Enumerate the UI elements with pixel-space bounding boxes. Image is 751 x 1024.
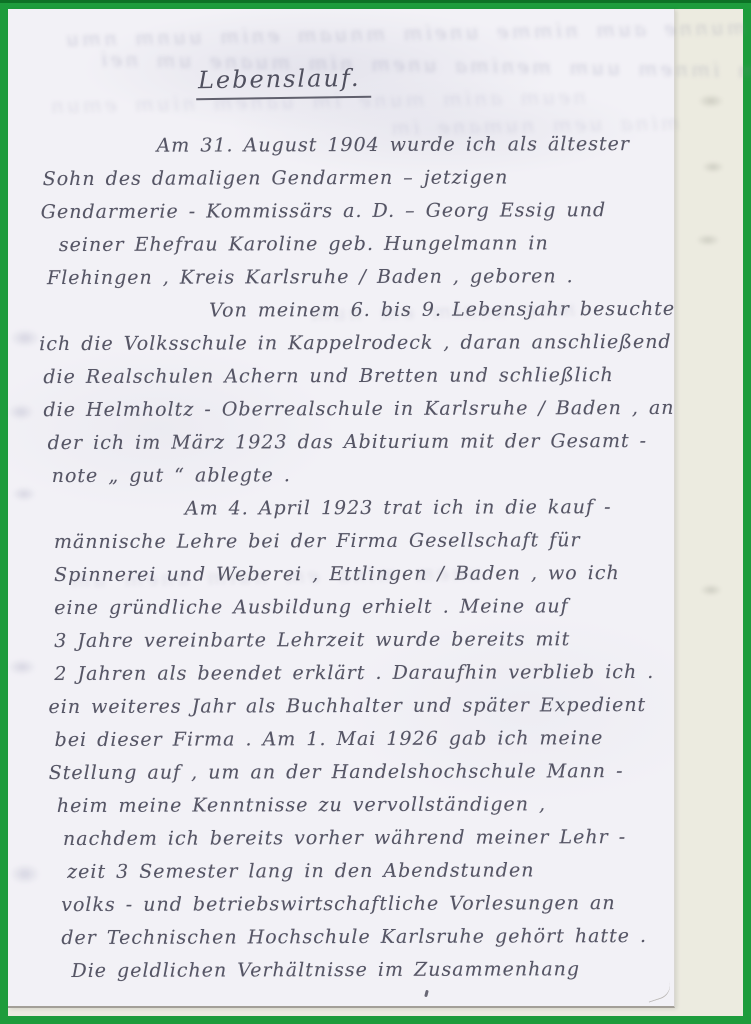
manuscript-line: Von meinem 6. bis 9. Lebensjahr besuchte [39, 293, 664, 328]
manuscript-line: 3 Jahre vereinbarte Lehrzeit wurde berei… [40, 623, 665, 658]
scanner-backing: munne aum nimme uneim mnuam enim uunm nm… [8, 9, 743, 1016]
ink-bleed-smudge [12, 487, 36, 501]
manuscript-line: Stellung auf , um an der Handelshochschu… [41, 755, 666, 790]
backing-smudge [702, 161, 724, 173]
ink-bleed-smudge [8, 404, 34, 420]
manuscript-line: die Realschulen Achern und Bretten und s… [39, 359, 664, 394]
ink-bleed-smudge [8, 659, 36, 675]
manuscript-line: nachdem ich bereits vorher während meine… [41, 821, 666, 856]
manuscript-page: munne aum nimme uneim mnuam enim uunm nm… [8, 9, 675, 1008]
manuscript-line: Sohn des damaligen Gendarmen – jetzigen [39, 161, 664, 196]
ink-bleed-smudge [10, 329, 40, 347]
manuscript-body: Am 31. August 1904 wurde ich als älteste… [39, 128, 667, 988]
manuscript-line: eine gründliche Ausbildung erhielt . Mei… [40, 590, 665, 625]
backing-smudge [700, 584, 722, 596]
manuscript-line: männische Lehre bei der Firma Gesellscha… [40, 524, 665, 559]
ink-bleed-artifact: munne aum nimme uneim mnuam enim uunm nm… [63, 15, 746, 51]
manuscript-line: Flehingen , Kreis Karlsruhe / Baden , ge… [39, 260, 664, 295]
manuscript-line: der Technischen Hochschule Karlsruhe geh… [41, 920, 666, 955]
manuscript-line: bei dieser Firma . Am 1. Mai 1926 gab ic… [41, 722, 666, 757]
document-title: Lebenslauf. [196, 64, 371, 100]
scanned-document-screenshot: { "document": { "title": "Lebenslauf.", … [0, 0, 751, 1024]
backing-smudge [698, 94, 724, 108]
manuscript-line: heim meine Kenntnisse zu vervollständige… [41, 788, 666, 823]
manuscript-line: Am 4. April 1923 trat ich in die kauf - [40, 491, 665, 526]
frame-border-edge [0, 0, 751, 3]
manuscript-line: Die geldlichen Verhältnisse im Zusammenh… [41, 953, 666, 988]
manuscript-line: ich die Volksschule in Kappelrodeck , da… [39, 326, 664, 361]
manuscript-line: seiner Ehefrau Karoline geb. Hungelmann … [39, 227, 664, 262]
manuscript-line: note „ gut “ ablegte . [40, 458, 665, 493]
manuscript-line: die Helmholtz - Oberrealschule in Karlsr… [39, 392, 664, 427]
manuscript-line: Gendarmerie - Kommissärs a. D. – Georg E… [39, 194, 664, 229]
manuscript-line: 2 Jahren als beendet erklärt . Daraufhin… [40, 656, 665, 691]
backing-smudge [696, 234, 720, 246]
manuscript-line: Am 31. August 1904 wurde ich als älteste… [39, 128, 664, 163]
manuscript-line: Spinnerei und Weberei , Ettlingen / Bade… [40, 557, 665, 592]
manuscript-line: ein weiteres Jahr als Buchhalter und spä… [40, 689, 665, 724]
manuscript-line: zeit 3 Semester lang in den Abendstunden [41, 854, 666, 889]
stray-pen-mark [424, 990, 429, 998]
ink-bleed-smudge [10, 864, 40, 884]
manuscript-line: volks - und betriebswirtschaftliche Vorl… [41, 887, 666, 922]
manuscript-line: der ich im März 1923 das Abiturium mit d… [40, 425, 665, 460]
